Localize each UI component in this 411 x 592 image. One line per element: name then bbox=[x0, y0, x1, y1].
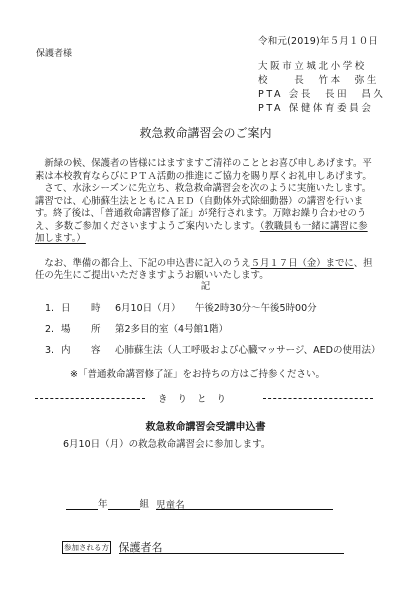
item-number: 3. bbox=[45, 345, 61, 356]
document-title: 救急救命講習会のご案内 bbox=[0, 124, 411, 141]
item-label-2: 所 bbox=[91, 321, 115, 335]
cut-line-dash-right bbox=[263, 398, 373, 399]
item-value: 6月10日（月） 午後2時30分～午後5時00分 bbox=[115, 303, 317, 314]
sender-pta-president: PTA 会長 長田 昌久 bbox=[258, 86, 386, 100]
item-label-1: 日 bbox=[61, 300, 91, 314]
child-name-field[interactable]: 児童名 bbox=[156, 497, 333, 510]
class-label: 組 bbox=[140, 499, 150, 510]
item-number: 2. bbox=[45, 324, 61, 335]
item-label-1: 内 bbox=[61, 342, 91, 356]
item-value: 心肺蘇生法（人工呼吸および心臓マッサージ、AEDの使用法） bbox=[115, 345, 381, 356]
sender-principal: 校 長 竹本 弥生 bbox=[258, 72, 379, 86]
item-place: 2.場所第2多目的室（4号館1階） bbox=[45, 321, 228, 335]
certificate-note: ※「普通救命講習修了証」をお持ちの方はご持参ください。 bbox=[70, 366, 325, 380]
grade-label: 年 bbox=[98, 499, 108, 510]
item-datetime: 1.日時6月10日（月） 午後2時30分～午後5時00分 bbox=[45, 300, 317, 314]
greeting-paragraph: 新緑の候、保護者の皆様にはますますご清祥のこととお喜び申しあげます。平素は本校教… bbox=[35, 158, 375, 183]
sender-pta-committee: PTA 保健体育委員会 bbox=[258, 100, 373, 114]
ki-heading: 記 bbox=[0, 278, 411, 292]
announcement-paragraph: さて、水泳シーズンに先立ち、救急救命講習会を次のように実施いたします。講習では、… bbox=[35, 183, 375, 246]
cut-line: きりとり bbox=[35, 391, 375, 405]
item-label-2: 時 bbox=[91, 300, 115, 314]
document-date: 令和元(2019)年５月１０日 bbox=[258, 33, 378, 47]
guardian-name-field[interactable]: 保護者名 bbox=[119, 539, 344, 554]
addressee: 保護者様 bbox=[36, 46, 72, 59]
item-label-2: 容 bbox=[91, 342, 115, 356]
student-info-row: 年組 児童名 bbox=[66, 496, 333, 510]
guardian-name-label: 保護者名 bbox=[119, 541, 163, 554]
sender-school: 大阪市立城北小学校 bbox=[258, 58, 367, 72]
form-title: 救急救命講習会受講申込書 bbox=[0, 418, 411, 433]
participant-badge: 参加される方 bbox=[62, 541, 111, 554]
form-subtitle: 6月10日（月）の救急救命講習会に参加します。 bbox=[63, 436, 270, 450]
deadline-date: ５月１７日（金）までに bbox=[251, 258, 354, 269]
body-text: 新緑の候、保護者の皆様にはますますご清祥のこととお喜び申しあげます。平素は本校教… bbox=[35, 158, 375, 283]
class-field[interactable] bbox=[108, 497, 140, 510]
cut-line-text: きりとり bbox=[158, 391, 236, 405]
deadline-text-before: なお、準備の都合上、下記の申込書に記入のうえ bbox=[44, 258, 250, 269]
grade-field[interactable] bbox=[66, 497, 98, 510]
item-label-1: 場 bbox=[61, 321, 91, 335]
item-value: 第2多目的室（4号館1階） bbox=[115, 324, 228, 335]
item-number: 1. bbox=[45, 303, 61, 314]
cut-line-dash-left bbox=[35, 398, 145, 399]
guardian-info-row: 参加される方 保護者名 bbox=[62, 539, 344, 554]
child-name-label: 児童名 bbox=[156, 500, 185, 511]
item-content: 3.内容心肺蘇生法（人工呼吸および心臓マッサージ、AEDの使用法） bbox=[45, 342, 381, 356]
